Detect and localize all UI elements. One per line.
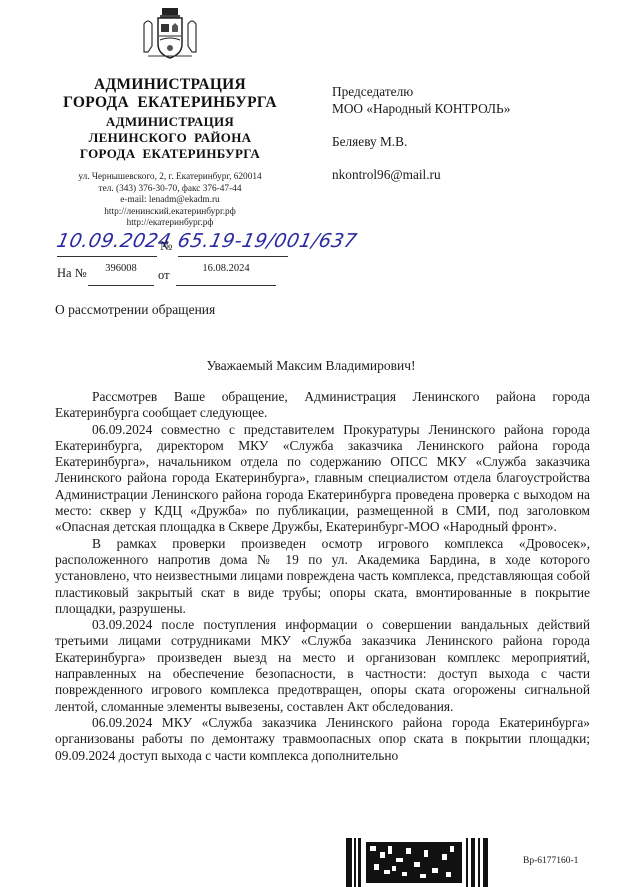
body-paragraph: 06.09.2024 совместно с представителем Пр… bbox=[55, 422, 590, 536]
number-sign: № bbox=[160, 238, 172, 254]
recipient-name: Беляеву М.В. bbox=[332, 134, 592, 151]
body-paragraph: В рамках проверки произведен осмотр игро… bbox=[55, 536, 590, 617]
coat-of-arms-icon bbox=[138, 6, 202, 64]
letter-body: Рассмотрев Ваше обращение, Администрация… bbox=[55, 389, 590, 764]
org-line: ГОРОДА ЕКАТЕРИНБУРГА bbox=[40, 146, 300, 162]
greeting: Уважаемый Максим Владимирович! bbox=[0, 358, 622, 374]
spacer bbox=[332, 150, 592, 167]
barcode-icon bbox=[346, 838, 496, 887]
recipient-org: МОО «Народный КОНТРОЛЬ» bbox=[332, 101, 592, 118]
phone-fax: тел. (343) 376-30-70, факс 376-47-44 bbox=[40, 184, 300, 196]
body-paragraph: Рассмотрев Ваше обращение, Администрация… bbox=[55, 389, 590, 422]
recipient-email[interactable]: nkontrol96@mail.ru bbox=[332, 167, 592, 184]
org-name-city: АДМИНИСТРАЦИЯ ГОРОДА ЕКАТЕРИНБУРГА bbox=[40, 76, 300, 112]
org-line: АДМИНИСТРАЦИЯ bbox=[40, 76, 300, 94]
ref-label: На № bbox=[57, 266, 87, 280]
handwritten-date: 10.09.2024 bbox=[55, 230, 173, 252]
org-line: АДМИНИСТРАЦИЯ bbox=[40, 114, 300, 130]
reference-row: На № bbox=[57, 266, 87, 281]
spacer bbox=[332, 117, 592, 134]
ref-date: 16.08.2024 bbox=[176, 263, 276, 274]
handwritten-number: 65.19-19/001/637 bbox=[176, 230, 359, 252]
org-name-district: АДМИНИСТРАЦИЯ ЛЕНИНСКОГО РАЙОНА ГОРОДА Е… bbox=[40, 114, 300, 162]
website-district-link[interactable]: http://ленинский.екатеринбург.рф bbox=[40, 207, 300, 219]
ref-number: 396008 bbox=[88, 263, 154, 274]
subject-line: О рассмотрении обращения bbox=[55, 302, 215, 318]
recipient-title: Председателю bbox=[332, 84, 592, 101]
email-link[interactable]: e-mail: lenadm@ekadm.ru bbox=[40, 195, 300, 207]
body-paragraph: 06.09.2024 МКУ «Служба заказчика Ленинск… bbox=[55, 715, 590, 764]
org-line: ЛЕНИНСКОГО РАЙОНА bbox=[40, 130, 300, 146]
address: ул. Чернышевского, 2, г. Екатеринбург, 6… bbox=[40, 172, 300, 184]
org-line: ГОРОДА ЕКАТЕРИНБУРГА bbox=[40, 94, 300, 112]
website-city-link[interactable]: http://екатеринбург.рф bbox=[40, 218, 300, 230]
registration-number: Вр-6177160-1 bbox=[523, 856, 578, 866]
contact-block: ул. Чернышевского, 2, г. Екатеринбург, 6… bbox=[40, 172, 300, 230]
ref-date-underline bbox=[176, 285, 276, 286]
ref-number-underline bbox=[88, 285, 154, 286]
body-paragraph: 03.09.2024 после поступления информации … bbox=[55, 617, 590, 715]
date-underline bbox=[57, 256, 157, 257]
ref-from-label: от bbox=[158, 268, 170, 283]
recipient-block: Председателю МОО «Народный КОНТРОЛЬ» Бел… bbox=[332, 84, 592, 183]
number-underline bbox=[178, 256, 288, 257]
